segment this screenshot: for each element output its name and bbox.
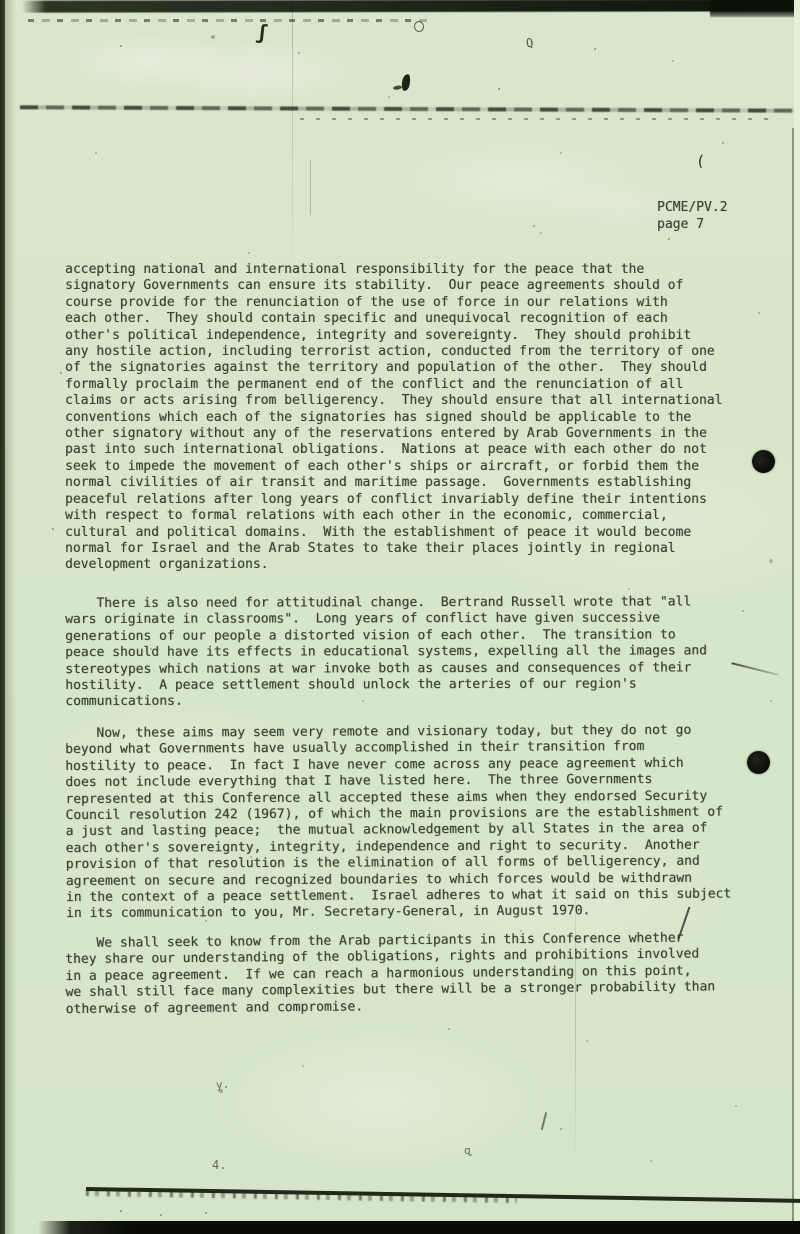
scan-smudge-line-faint xyxy=(300,118,770,120)
punch-hole-dot-upper xyxy=(752,450,775,473)
document-header: PCME/PV.2 page 7 xyxy=(657,200,727,233)
punch-hole-dot-lower xyxy=(747,751,770,774)
scanned-document-page: ʃ Q ( y. 4. q PCME/PV.2 page 7 accepting… xyxy=(0,0,800,1234)
scan-right-edge-line xyxy=(792,128,794,1234)
scan-bottom-bar xyxy=(0,1221,800,1234)
pencil-y-mark: y. xyxy=(215,1077,230,1091)
scan-speck-row xyxy=(28,19,428,22)
body-paragraph-3: Now, these aims may seem very remote and… xyxy=(65,723,731,923)
body-paragraph-1: accepting national and international res… xyxy=(65,262,722,574)
scan-top-bar xyxy=(22,0,800,13)
pencil-4-mark: 4. xyxy=(212,1158,226,1172)
document-symbol: PCME/PV.2 xyxy=(657,200,727,217)
pencil-q-mark: q xyxy=(464,1144,471,1157)
ink-blob-mark xyxy=(401,73,412,91)
ink-q-mark: Q xyxy=(525,36,534,51)
paper-crease-mid xyxy=(310,160,311,215)
scan-left-edge-shadow xyxy=(5,0,16,1234)
dust-specks xyxy=(0,0,2,2)
scan-top-right-corner xyxy=(710,0,800,17)
pen-scratch-mark xyxy=(732,662,779,675)
pen-stroke-mark-small xyxy=(541,1112,547,1130)
scan-right-margin xyxy=(794,0,800,1234)
ink-ring-mark xyxy=(413,20,425,33)
ink-curl-mark: ʃ xyxy=(255,19,269,44)
page-number: page 7 xyxy=(657,217,727,234)
body-paragraph-2: There is also need for attitudinal chang… xyxy=(65,594,707,711)
paper-crease-top xyxy=(292,0,293,260)
body-paragraph-4: We shall seek to know from the Arab part… xyxy=(65,930,715,1018)
scan-bottom-line xyxy=(86,1187,800,1203)
scan-smudge-line xyxy=(20,105,795,112)
ink-paren-mark: ( xyxy=(695,152,705,171)
